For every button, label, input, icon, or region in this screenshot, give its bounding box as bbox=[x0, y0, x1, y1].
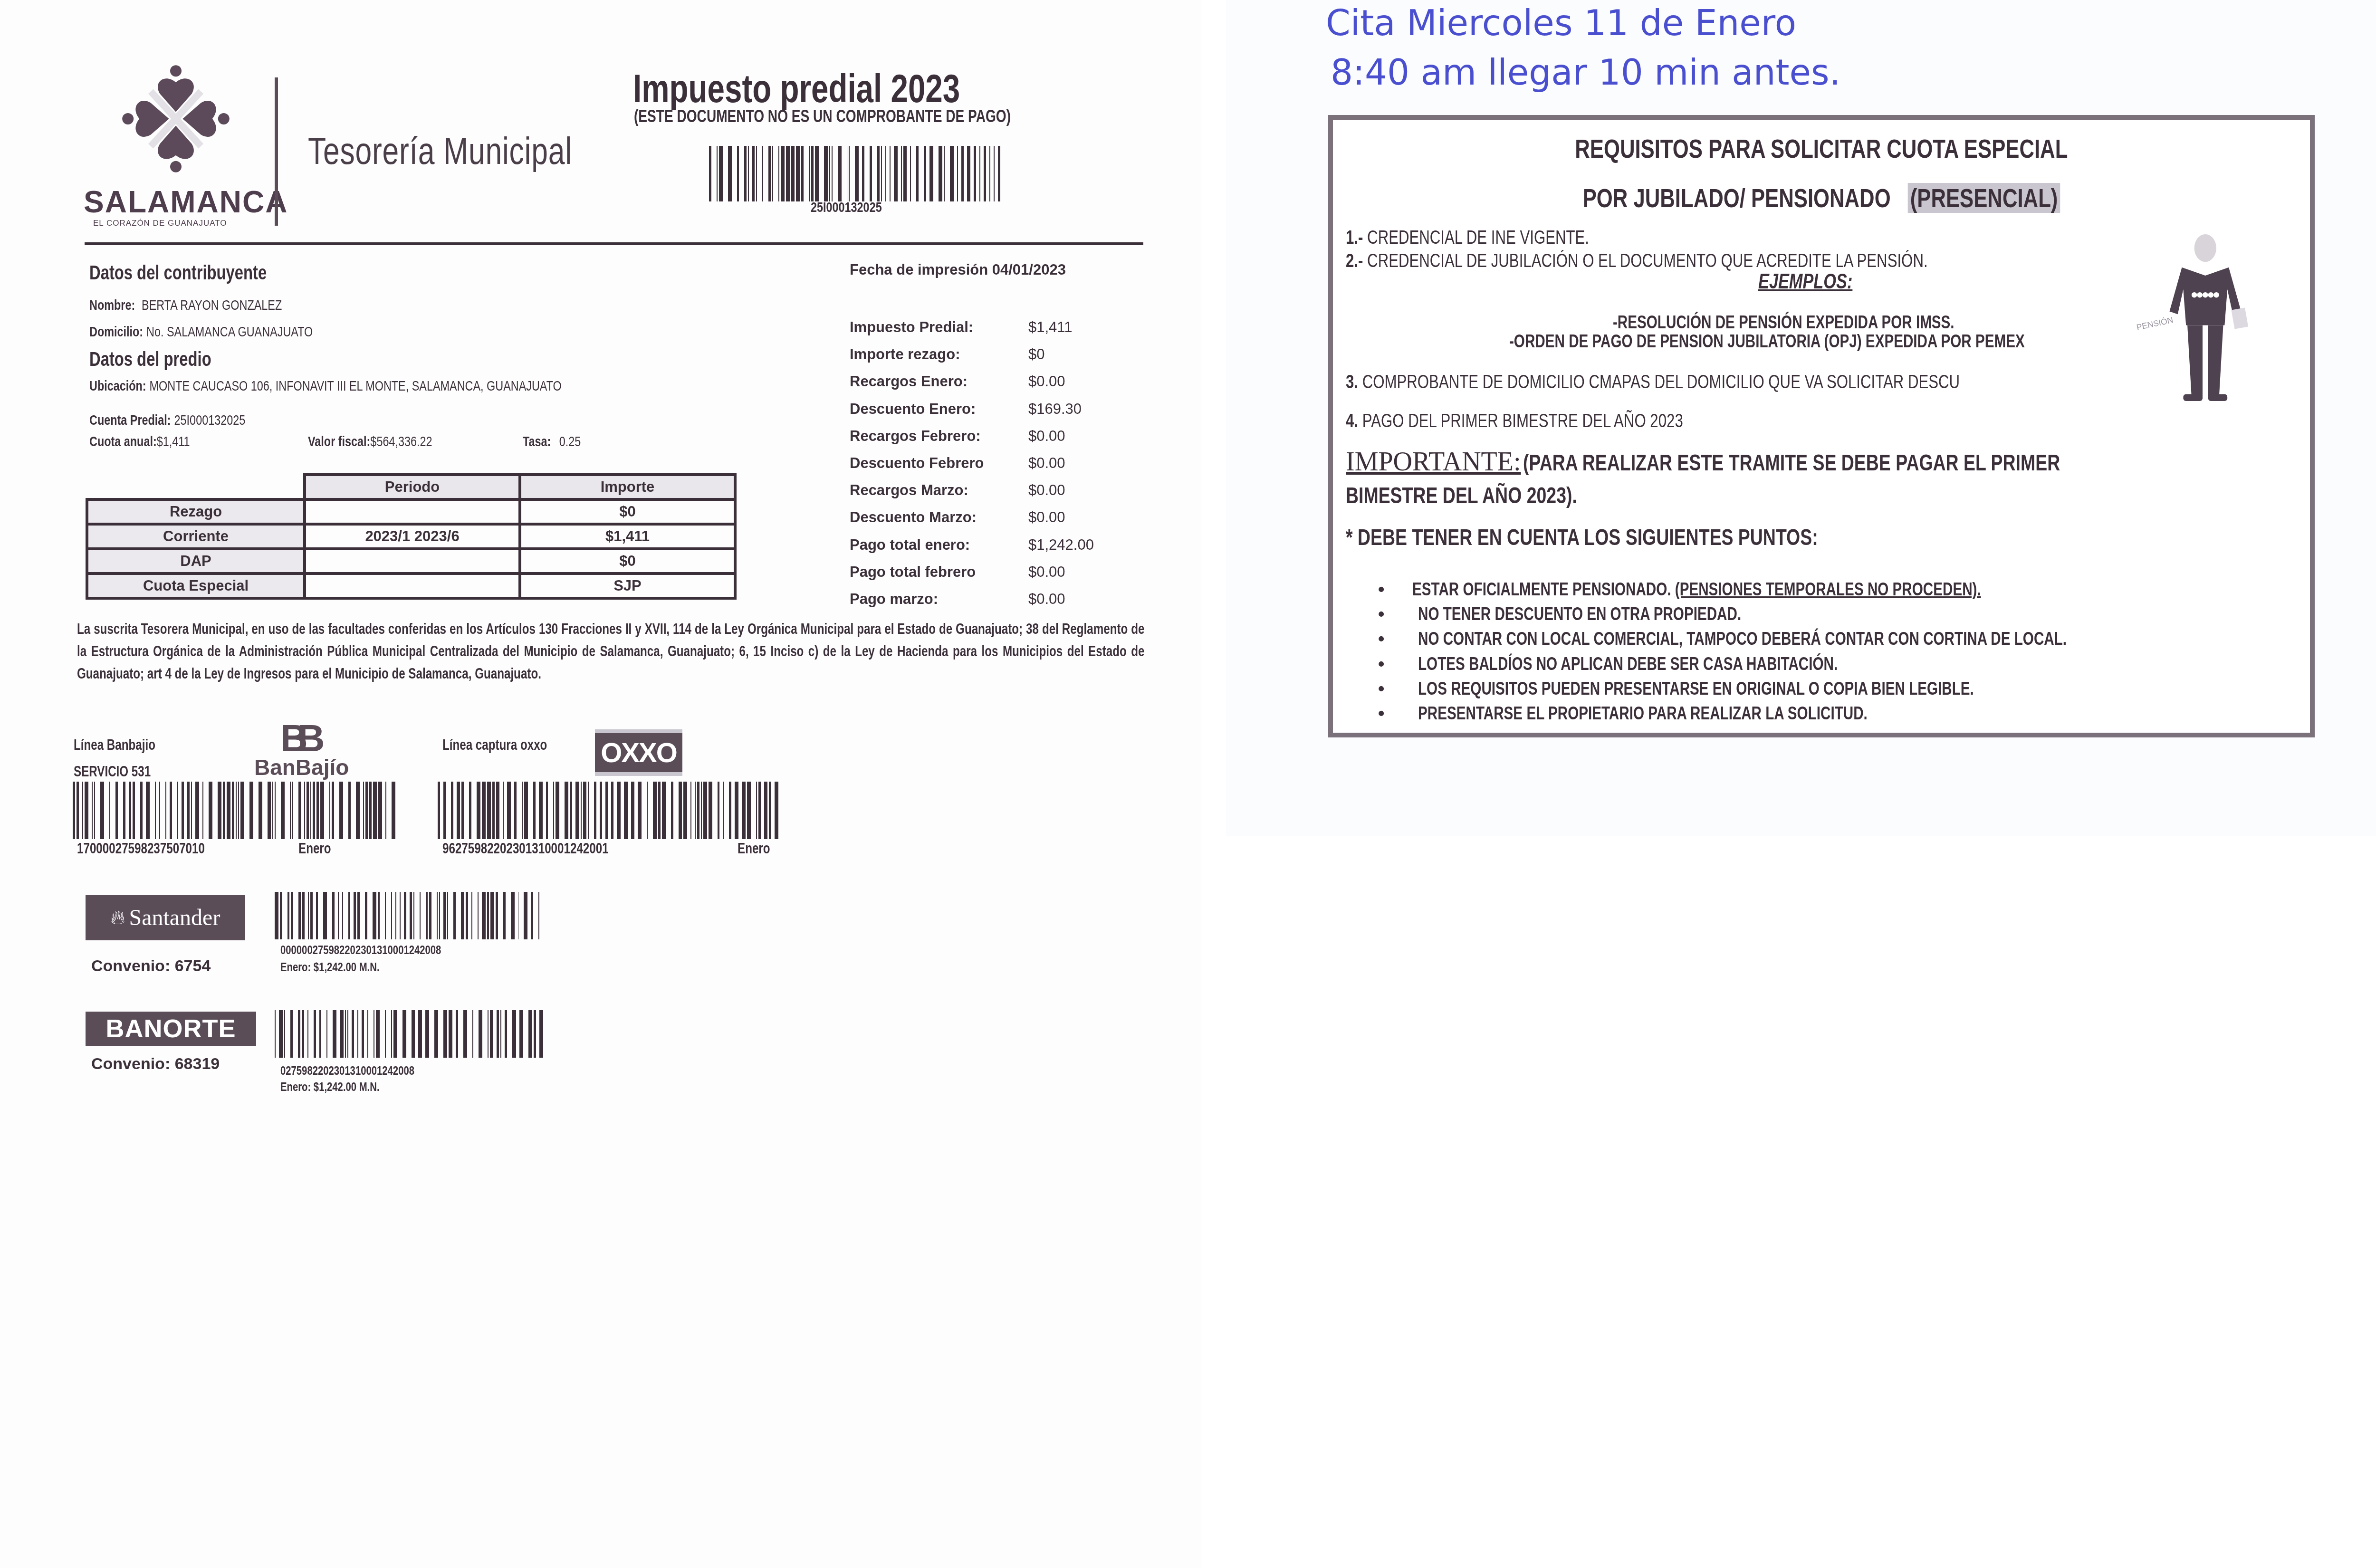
barcode-bar bbox=[519, 1010, 523, 1058]
barcode-bar bbox=[391, 892, 392, 939]
banorte-barcode bbox=[275, 1010, 545, 1058]
summary-value: $0.00 bbox=[1028, 373, 1065, 390]
barcode-bar bbox=[758, 782, 761, 839]
barcode-bar bbox=[456, 1010, 458, 1058]
santander-amount: Enero: $1,242.00 M.N. bbox=[280, 960, 407, 975]
barcode-bar bbox=[310, 892, 313, 939]
oxxo-reference-text: 96275982202301310001242001 bbox=[442, 840, 609, 857]
banbajio-barcode bbox=[73, 782, 399, 839]
document-title: Impuesto predial 2023 bbox=[633, 66, 1052, 112]
barcode-bar bbox=[339, 782, 343, 839]
row-period bbox=[305, 574, 520, 598]
document-title-text: Impuesto predial 2023 bbox=[633, 66, 960, 112]
barcode-bar bbox=[352, 1010, 354, 1058]
condition-item: PRESENTARSE EL PROPIETARIO PARA REALIZAR… bbox=[1418, 704, 1994, 724]
barcode-bar bbox=[357, 1010, 358, 1058]
barcode-bar bbox=[662, 782, 666, 839]
barcode-bar bbox=[356, 782, 360, 839]
condition-emphasis: (PENSIONES TEMPORALES NO PROCEDEN). bbox=[1675, 580, 1981, 600]
fiscal-value: $564,336.22 bbox=[370, 434, 432, 449]
barcode-bar bbox=[658, 782, 661, 839]
barcode-bar bbox=[647, 782, 648, 839]
oxxo-month-text: Enero bbox=[738, 840, 770, 857]
barcode-bar bbox=[363, 782, 364, 839]
barcode-bar bbox=[385, 1010, 386, 1058]
barcode-bar bbox=[482, 782, 486, 839]
row-amount: SJP bbox=[520, 574, 735, 598]
barcode-bar bbox=[944, 146, 945, 201]
rate-row: Tasa: 0.25 bbox=[523, 434, 597, 450]
barcode-bar bbox=[477, 782, 480, 839]
important-note: IMPORTANTE: (PARA REALIZAR ESTE TRAMITE … bbox=[1346, 447, 2212, 477]
barcode-bar bbox=[849, 146, 850, 201]
oxxo-logo-text: OXXO bbox=[601, 737, 677, 769]
pensioner-illustration-icon: PENSIÓN bbox=[2134, 228, 2271, 409]
barcode-bar bbox=[332, 892, 335, 939]
period-table-row: Rezago$0 bbox=[87, 499, 735, 524]
barcode-bar bbox=[240, 782, 244, 839]
barcode-bar bbox=[748, 146, 749, 201]
barcode-bar bbox=[373, 782, 377, 839]
summary-label: Pago total febrero bbox=[850, 564, 976, 581]
requirement-text: COMPROBANTE DE DOMICILIO CMAPAS DEL DOMI… bbox=[1362, 372, 1960, 392]
requirement-text: PAGO DEL PRIMER BIMESTRE DEL AÑO 2023 bbox=[1362, 411, 1683, 431]
barcode-bar bbox=[326, 1010, 327, 1058]
santander-agreement: Convenio: 6754 bbox=[91, 957, 211, 975]
santander-logo: 🔥︎ Santander bbox=[86, 895, 245, 940]
barcode-bar bbox=[588, 782, 589, 839]
banorte-reference: 0275982202301310001242008 bbox=[280, 1063, 452, 1078]
barcode-bar bbox=[155, 782, 156, 839]
condition-text: NO TENER DESCUENTO EN OTRA PROPIEDAD. bbox=[1418, 604, 1741, 624]
barcode-bar bbox=[340, 1010, 344, 1058]
barcode-bar bbox=[772, 146, 773, 201]
logo-city-name: SALAMANCA bbox=[84, 184, 288, 220]
requirement-number: 1.- bbox=[1346, 227, 1363, 248]
fiscal-value-label: Valor fiscal: bbox=[308, 434, 370, 449]
barcode-bar bbox=[756, 782, 757, 839]
barcode-bar bbox=[82, 782, 83, 839]
barcode-bar bbox=[729, 782, 731, 839]
property-account-row: Cuenta Predial: 25I000132025 bbox=[89, 412, 289, 429]
barcode-bar bbox=[333, 1010, 336, 1058]
requirement-item: 2.- CREDENCIAL DE JUBILACIÓN O EL DOCUME… bbox=[1346, 250, 2092, 272]
presencial-badge: (PRESENCIAL) bbox=[1908, 183, 2060, 213]
examples-heading-text: EJEMPLOS: bbox=[1758, 270, 1852, 294]
logo-tagline: EL CORAZÓN DE GUANAJUATO bbox=[93, 219, 227, 228]
barcode-bar bbox=[815, 146, 819, 201]
barcode-bar bbox=[378, 782, 382, 839]
barcode-bar bbox=[500, 1010, 501, 1058]
summary-value: $0.00 bbox=[1028, 509, 1065, 526]
taxpayer-address-row: Domicilio: No. SALAMANCA GUANAJUATO bbox=[89, 324, 376, 340]
barcode-bar bbox=[345, 1010, 346, 1058]
bullet-icon: • bbox=[1378, 629, 1384, 650]
row-concept: Corriente bbox=[87, 524, 305, 549]
requirements-title-line1: REQUISITOS PARA SOLICITAR CUOTA ESPECIAL bbox=[1575, 133, 2068, 164]
barcode-bar bbox=[775, 782, 778, 839]
barcode-bar bbox=[490, 892, 494, 939]
summary-label: Importe rezago: bbox=[850, 346, 960, 363]
barcode-bar bbox=[385, 782, 386, 839]
banorte-reference-text: 0275982202301310001242008 bbox=[280, 1063, 414, 1078]
barcode-bar bbox=[984, 146, 986, 201]
barcode-bar bbox=[832, 146, 833, 201]
barcode-bar bbox=[182, 782, 184, 839]
barcode-bar bbox=[451, 782, 453, 839]
barcode-bar bbox=[195, 782, 199, 839]
row-amount: $0 bbox=[520, 499, 735, 524]
barcode-bar bbox=[434, 1010, 438, 1058]
barcode-bar bbox=[703, 782, 707, 839]
header-periodo: Periodo bbox=[305, 475, 520, 499]
barcode-bar bbox=[238, 782, 239, 839]
requirement-text: CREDENCIAL DE INE VIGENTE. bbox=[1367, 227, 1589, 248]
barcode-bar bbox=[281, 782, 285, 839]
barcode-bar bbox=[129, 782, 131, 839]
barcode-bar bbox=[989, 146, 990, 201]
barcode-bar bbox=[709, 146, 711, 201]
barcode-bar bbox=[395, 892, 396, 939]
barcode-bar bbox=[533, 782, 536, 839]
oxxo-label-text: Línea captura oxxo bbox=[442, 736, 547, 754]
barcode-bar bbox=[617, 782, 621, 839]
barcode-bar bbox=[402, 1010, 406, 1058]
barcode-bar bbox=[320, 782, 324, 839]
barcode-bar bbox=[539, 782, 543, 839]
bullet-icon: • bbox=[1378, 654, 1384, 675]
barcode-bar bbox=[998, 146, 1000, 201]
barcode-bar bbox=[170, 782, 172, 839]
summary-label: Descuento Marzo: bbox=[850, 509, 977, 526]
barcode-bar bbox=[538, 892, 539, 939]
barcode-bar bbox=[187, 782, 190, 839]
barcode-bar bbox=[109, 782, 110, 839]
barcode-bar bbox=[479, 1010, 482, 1058]
santander-reference: 000000275982202301310001242008 bbox=[280, 943, 487, 957]
barcode-bar bbox=[272, 782, 273, 839]
summary-value: $0 bbox=[1028, 346, 1044, 363]
bullet-icon: • bbox=[1378, 704, 1384, 724]
barcode-bar bbox=[847, 146, 848, 201]
property-heading: Datos del predio bbox=[89, 348, 246, 371]
barcode-bar bbox=[507, 782, 511, 839]
barcode-bar bbox=[950, 146, 954, 201]
banorte-logo: BANORTE bbox=[86, 1012, 256, 1046]
barcode-bar bbox=[594, 782, 596, 839]
barcode-bar bbox=[570, 782, 572, 839]
example-imss-text: -RESOLUCIÓN DE PENSIÓN EXPEDIDA POR IMSS… bbox=[1613, 313, 1954, 333]
barcode-bar bbox=[357, 892, 360, 939]
barcode-bar bbox=[786, 146, 790, 201]
barcode-bar bbox=[316, 892, 318, 939]
condition-item-text: LOTES BALDÍOS NO APLICAN DEBE SER CASA H… bbox=[1418, 654, 1838, 675]
handwritten-note-line1: Cita Miercoles 11 de Enero bbox=[1326, 3, 1796, 44]
period-table-corner bbox=[87, 475, 305, 499]
bullet-icon: • bbox=[1378, 580, 1384, 600]
barcode-bar bbox=[290, 1010, 293, 1058]
row-concept: Rezago bbox=[87, 499, 305, 524]
barcode-bar bbox=[514, 782, 517, 839]
barcode-bar bbox=[443, 1010, 447, 1058]
barcode-bar bbox=[347, 1010, 348, 1058]
barcode-bar bbox=[73, 782, 75, 839]
condition-text: LOS REQUISITOS PUEDEN PRESENTARSE EN ORI… bbox=[1418, 679, 1974, 699]
summary-label: Pago marzo: bbox=[850, 591, 938, 608]
barcode-bar bbox=[94, 782, 95, 839]
barcode-bar bbox=[855, 146, 859, 201]
row-period bbox=[305, 499, 520, 524]
salamanca-emblem-icon bbox=[119, 62, 233, 176]
example-imss: -RESOLUCIÓN DE PENSIÓN EXPEDIDA POR IMSS… bbox=[1613, 313, 2050, 333]
barcode-bar bbox=[565, 782, 568, 839]
row-period: 2023/1 2023/6 bbox=[305, 524, 520, 549]
barcode-bar bbox=[524, 892, 527, 939]
barcode-bar bbox=[453, 892, 456, 939]
barcode-bar bbox=[638, 782, 642, 839]
period-table-row: Corriente2023/1 2023/6$1,411 bbox=[87, 524, 735, 549]
barcode-bar bbox=[298, 1010, 300, 1058]
header-importe: Importe bbox=[520, 475, 735, 499]
important-text-1: (PARA REALIZAR ESTE TRAMITE SE DEBE PAGA… bbox=[1523, 450, 2060, 476]
barcode-bar bbox=[374, 1010, 374, 1058]
banbajio-logo-text: BanBajío bbox=[254, 755, 349, 780]
requirement-item-text: 3. COMPROBANTE DE DOMICILIO CMAPAS DEL D… bbox=[1346, 372, 1960, 393]
barcode-bar bbox=[600, 782, 602, 839]
barcode-bar bbox=[903, 146, 907, 201]
account-barcode-number-text: 25I000132025 bbox=[811, 200, 882, 216]
barcode-bar bbox=[653, 782, 657, 839]
barcode-bar bbox=[236, 782, 237, 839]
barcode-bar bbox=[439, 892, 440, 939]
barcode-bar bbox=[796, 146, 800, 201]
barcode-bar bbox=[518, 892, 519, 939]
barcode-bar bbox=[671, 782, 673, 839]
barcode-bar bbox=[583, 782, 587, 839]
summary-label: Recargos Febrero: bbox=[850, 428, 981, 445]
barcode-bar bbox=[697, 782, 699, 839]
barcode-bar bbox=[471, 892, 472, 939]
row-concept: DAP bbox=[87, 549, 305, 574]
condition-item-text: NO TENER DESCUENTO EN OTRA PROPIEDAD. bbox=[1418, 604, 1741, 625]
barcode-bar bbox=[735, 782, 738, 839]
points-heading-text: * DEBE TENER EN CUENTA LOS SIGUIENTES PU… bbox=[1346, 525, 1818, 551]
barcode-bar bbox=[488, 1010, 489, 1058]
barcode-bar bbox=[393, 1010, 397, 1058]
barcode-bar bbox=[709, 782, 712, 839]
taxpayer-heading: Datos del contribuyente bbox=[89, 261, 316, 284]
header-divider bbox=[275, 77, 278, 226]
barcode-bar bbox=[165, 782, 166, 839]
barcode-bar bbox=[723, 782, 724, 839]
barcode-bar bbox=[829, 146, 830, 201]
barcode-bar bbox=[146, 782, 150, 839]
barcode-bar bbox=[429, 892, 431, 939]
barcode-bar bbox=[314, 1010, 316, 1058]
points-heading: * DEBE TENER EN CUENTA LOS SIGUIENTES PU… bbox=[1346, 525, 1951, 551]
barcode-bar bbox=[809, 146, 810, 201]
santander-barcode bbox=[275, 892, 545, 939]
barcode-bar bbox=[764, 782, 768, 839]
barcode-bar bbox=[275, 892, 278, 939]
barcode-bar bbox=[313, 782, 315, 839]
barcode-bar bbox=[466, 892, 468, 939]
condition-text: NO CONTAR CON LOCAL COMERCIAL, TAMPOCO D… bbox=[1418, 629, 2067, 649]
taxpayer-address: No. SALAMANCA GUANAJUATO bbox=[146, 324, 313, 340]
requirement-item-text: 1.- CREDENCIAL DE INE VIGENTE. bbox=[1346, 227, 1589, 249]
oxxo-month: Enero bbox=[738, 840, 779, 857]
condition-text: LOTES BALDÍOS NO APLICAN DEBE SER CASA H… bbox=[1418, 654, 1838, 674]
banorte-amount-text: Enero: $1,242.00 M.N. bbox=[280, 1080, 380, 1094]
document-disclaimer: (ESTE DOCUMENTO NO ES UN COMPROBANTE DE … bbox=[634, 106, 1117, 126]
barcode-bar bbox=[443, 892, 446, 939]
barcode-bar bbox=[447, 892, 448, 939]
account-label: Cuenta Predial: bbox=[89, 412, 171, 428]
condition-item: LOS REQUISITOS PUEDEN PRESENTARSE EN ORI… bbox=[1418, 679, 2131, 699]
barcode-bar bbox=[539, 1010, 543, 1058]
barcode-bar bbox=[575, 782, 579, 839]
period-table: Periodo Importe Rezago$0Corriente2023/1 … bbox=[86, 473, 737, 600]
barcode-bar bbox=[338, 892, 339, 939]
oxxo-label: Línea captura oxxo bbox=[442, 736, 577, 754]
barcode-bar bbox=[742, 782, 746, 839]
property-fees-row: Cuota anual:$1,411 bbox=[89, 434, 218, 450]
barcode-bar bbox=[323, 892, 327, 939]
santander-reference-text: 000000275982202301310001242008 bbox=[280, 943, 441, 957]
barcode-bar bbox=[890, 146, 891, 201]
barcode-bar bbox=[457, 782, 460, 839]
requirements-subtitle: POR JUBILADO/ PENSIONADO (PRESENCIAL) bbox=[1333, 182, 2310, 213]
barcode-bar bbox=[487, 782, 491, 839]
barcode-bar bbox=[728, 146, 732, 201]
banbajio-service-text: SERVICIO 531 bbox=[74, 763, 151, 780]
barcode-bar bbox=[967, 146, 971, 201]
barcode-bar bbox=[701, 782, 702, 839]
barcode-bar bbox=[974, 146, 976, 201]
barcode-bar bbox=[478, 892, 479, 939]
barcode-bar bbox=[307, 782, 309, 839]
period-table-row: DAP$0 bbox=[87, 549, 735, 574]
barcode-bar bbox=[232, 782, 234, 839]
barcode-bar bbox=[497, 1010, 499, 1058]
barcode-bar bbox=[824, 146, 828, 201]
important-note-cont: BIMESTRE DEL AÑO 2023). bbox=[1346, 483, 1642, 509]
barcode-bar bbox=[679, 782, 682, 839]
barcode-bar bbox=[342, 892, 343, 939]
address-label: Domicilio: bbox=[89, 324, 143, 340]
barcode-bar bbox=[490, 1010, 494, 1058]
barcode-bar bbox=[496, 892, 498, 939]
barcode-bar bbox=[365, 782, 368, 839]
barcode-bar bbox=[482, 892, 486, 939]
condition-item: NO CONTAR CON LOCAL COMERCIAL, TAMPOCO D… bbox=[1418, 629, 2250, 650]
barcode-bar bbox=[546, 782, 548, 839]
account-barcode-number: 25I000132025 bbox=[811, 200, 902, 216]
barcode-bar bbox=[123, 782, 125, 839]
barcode-bar bbox=[348, 892, 351, 939]
taxpayer-name-row: Nombre: BERTA RAYON GONZALEZ bbox=[89, 297, 336, 314]
barcode-bar bbox=[280, 892, 282, 939]
condition-text: ESTAR OFICIALMENTE PENSIONADO. bbox=[1412, 580, 1671, 600]
barcode-bar bbox=[391, 1010, 392, 1058]
barcode-bar bbox=[631, 782, 635, 839]
barcode-bar bbox=[756, 146, 757, 201]
barcode-bar bbox=[524, 782, 528, 839]
barcode-bar bbox=[924, 146, 926, 201]
barcode-bar bbox=[85, 782, 88, 839]
barcode-bar bbox=[870, 146, 872, 201]
barcode-bar bbox=[901, 146, 902, 201]
barcode-bar bbox=[92, 782, 93, 839]
barcode-bar bbox=[202, 782, 203, 839]
barcode-bar bbox=[838, 146, 842, 201]
barcode-bar bbox=[291, 892, 293, 939]
summary-value: $169.30 bbox=[1028, 401, 1082, 418]
pension-caption: PENSIÓN bbox=[2136, 315, 2174, 332]
requirement-item-text: 2.- CREDENCIAL DE JUBILACIÓN O EL DOCUME… bbox=[1346, 250, 1928, 272]
banbajio-service: SERVICIO 531 bbox=[74, 763, 172, 780]
barcode-bar bbox=[791, 146, 795, 201]
summary-value: $1,411 bbox=[1028, 319, 1073, 336]
barcode-bar bbox=[385, 892, 386, 939]
barcode-bar bbox=[329, 782, 330, 839]
example-pemex: -ORDEN DE PAGO DE PENSION JUBILATORIA (O… bbox=[1509, 332, 2170, 352]
barcode-bar bbox=[556, 782, 559, 839]
summary-value: $0.00 bbox=[1028, 482, 1065, 499]
barcode-bar bbox=[994, 146, 995, 201]
barcode-bar bbox=[528, 1010, 532, 1058]
summary-label: Descuento Febrero bbox=[850, 455, 984, 472]
barcode-bar bbox=[881, 146, 882, 201]
santander-amount-text: Enero: $1,242.00 M.N. bbox=[280, 960, 380, 975]
condition-item-text: PRESENTARSE EL PROPIETARIO PARA REALIZAR… bbox=[1418, 704, 1868, 724]
barcode-bar bbox=[885, 146, 886, 201]
barcode-bar bbox=[302, 1010, 304, 1058]
barcode-bar bbox=[115, 782, 118, 839]
barcode-bar bbox=[413, 892, 414, 939]
property-heading-text: Datos del predio bbox=[89, 348, 211, 371]
barcode-bar bbox=[310, 782, 311, 839]
barcode-bar bbox=[717, 146, 718, 201]
barcode-bar bbox=[503, 892, 506, 939]
barcode-bar bbox=[332, 782, 334, 839]
barcode-bar bbox=[292, 782, 293, 839]
barcode-bar bbox=[378, 892, 380, 939]
barcode-bar bbox=[298, 892, 301, 939]
barcode-bar bbox=[268, 782, 271, 839]
barcode-bar bbox=[412, 1010, 415, 1058]
barcode-bar bbox=[611, 782, 613, 839]
barcode-bar bbox=[307, 1010, 308, 1058]
barcode-bar bbox=[461, 782, 464, 839]
annual-fee: $1,411 bbox=[157, 434, 190, 449]
barcode-bar bbox=[410, 892, 412, 939]
barcode-bar bbox=[348, 782, 351, 839]
condition-item: LOTES BALDÍOS NO APLICAN DEBE SER CASA H… bbox=[1418, 654, 1956, 675]
requirement-item-text: 4. PAGO DEL PRIMER BIMESTRE DEL AÑO 2023 bbox=[1346, 411, 1683, 432]
barcode-bar bbox=[420, 892, 421, 939]
requirements-title-line2: POR JUBILADO/ PENSIONADO bbox=[1583, 183, 1891, 213]
barcode-bar bbox=[443, 782, 446, 839]
barcode-bar bbox=[768, 146, 771, 201]
barcode-bar bbox=[492, 782, 495, 839]
example-pemex-text: -ORDEN DE PAGO DE PENSION JUBILATORIA (O… bbox=[1509, 332, 2025, 352]
barcode-bar bbox=[191, 782, 192, 839]
banbajio-label: Línea Banbajio bbox=[74, 736, 178, 754]
requirement-number: 4. bbox=[1346, 411, 1358, 431]
summary-value: $0.00 bbox=[1028, 428, 1065, 445]
barcode-bar bbox=[939, 146, 942, 201]
